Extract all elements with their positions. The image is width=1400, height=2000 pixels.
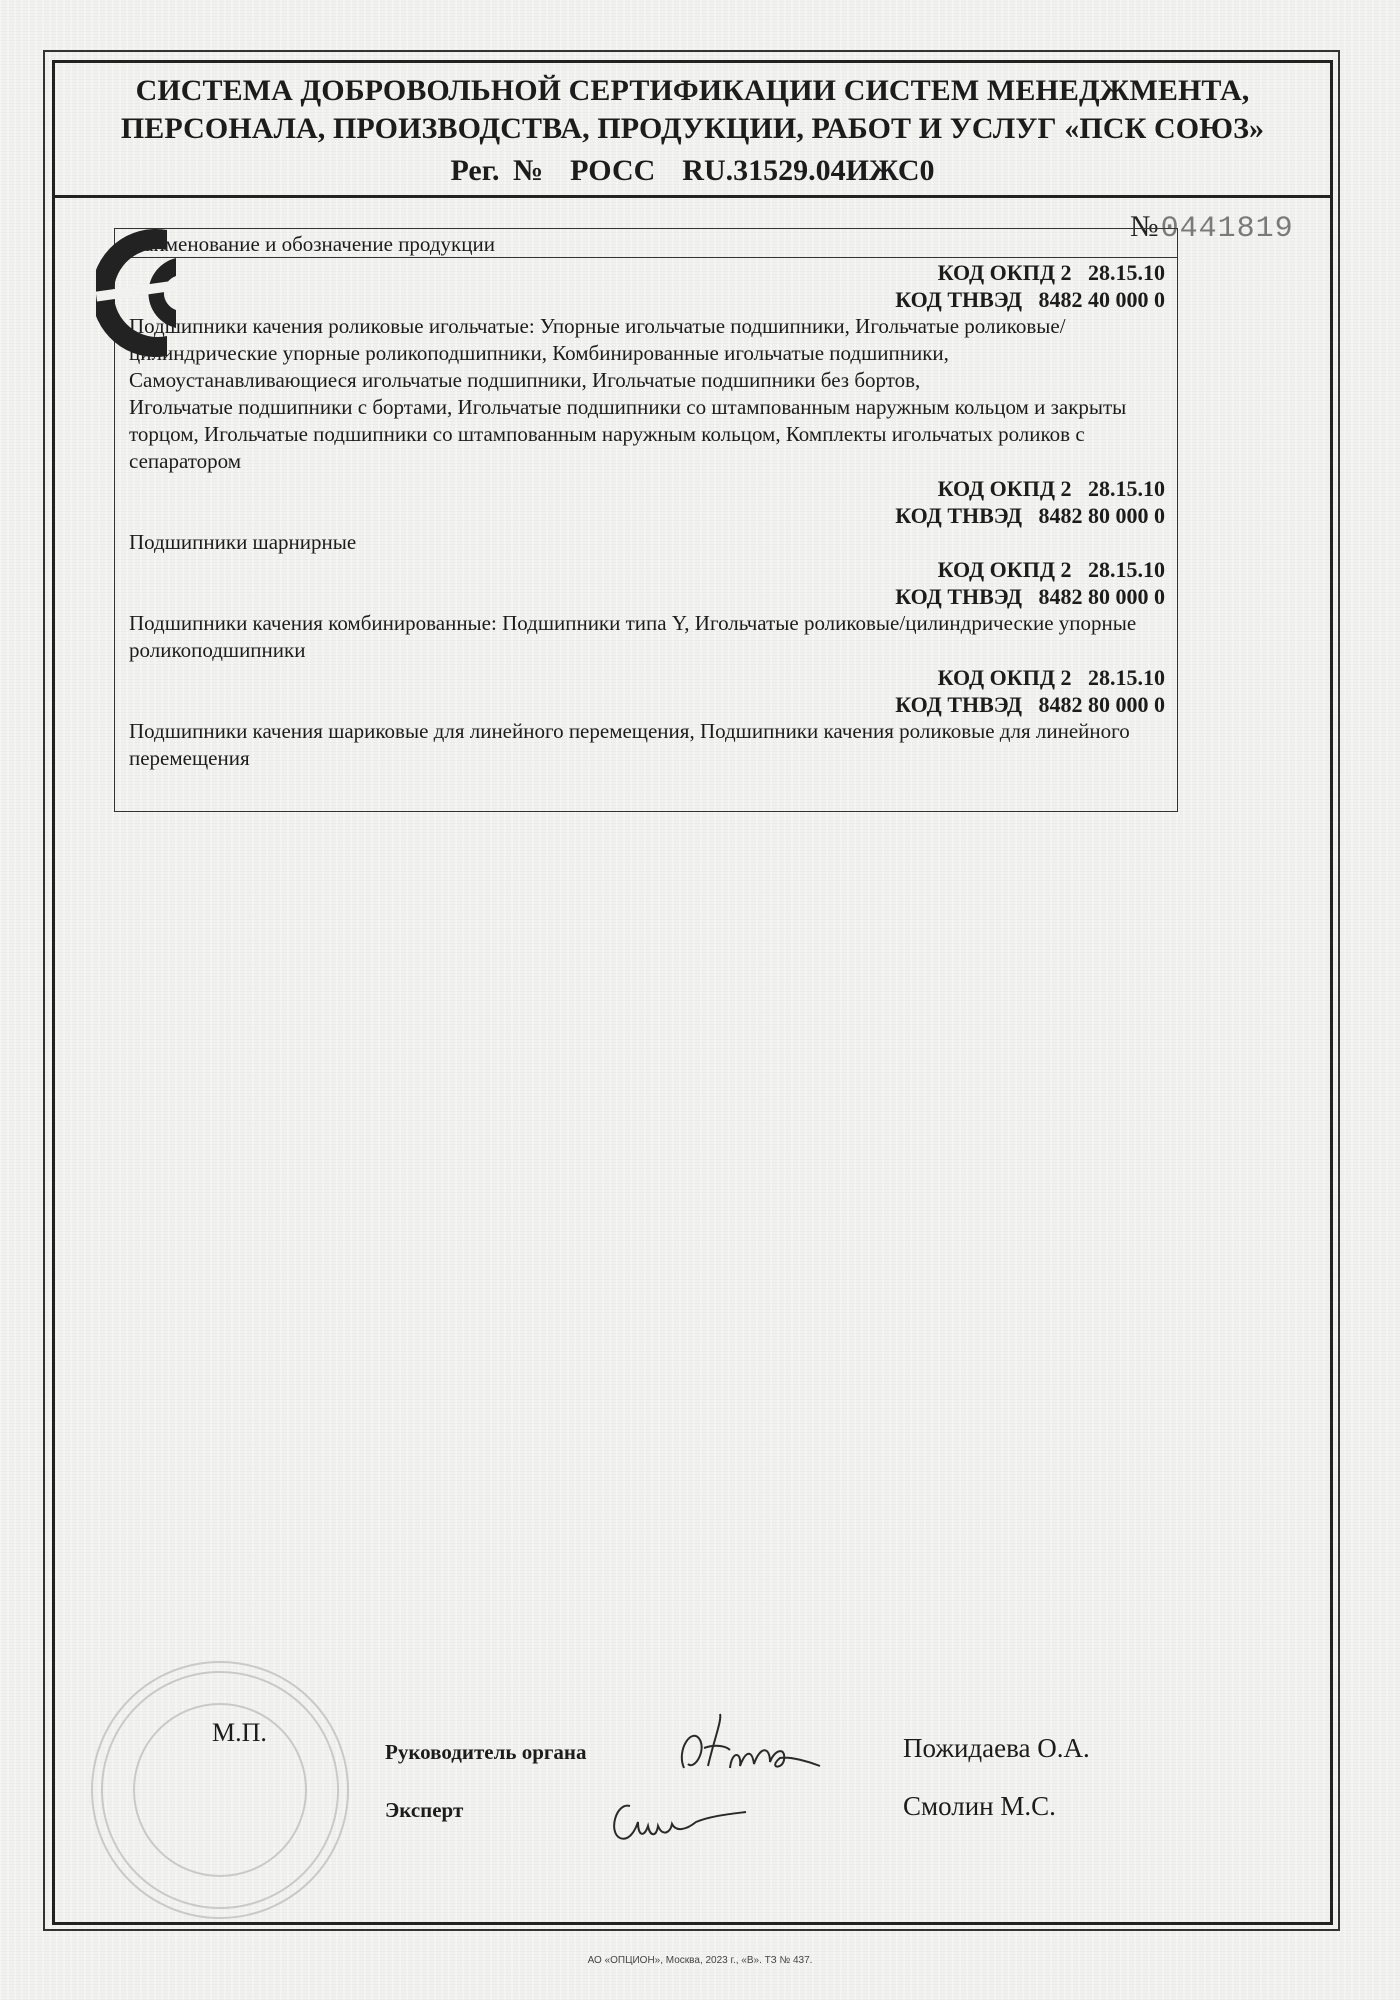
tnved-code: КОД ТНВЭД 8482 80 000 0	[129, 502, 1165, 529]
product-entries: КОД ОКПД 2 28.15.10КОД ТНВЭД 8482 40 000…	[129, 259, 1165, 772]
product-description: Подшипники качения роликовые игольчатые:…	[129, 313, 1165, 475]
registration-number: Рег. № РОСС RU.31529.04ИЖС0	[55, 152, 1330, 190]
product-description: Подшипники качения комбинированные: Подш…	[129, 610, 1165, 664]
printer-imprint: АО «ОПЦИОН», Москва, 2023 г., «В». ТЗ № …	[0, 1955, 1400, 1966]
okpd-code: КОД ОКПД 2 28.15.10	[129, 664, 1165, 691]
seal-stamp-icon	[85, 1655, 355, 1925]
tnved-code: КОД ТНВЭД 8482 80 000 0	[129, 691, 1165, 718]
okpd-code: КОД ОКПД 2 28.15.10	[129, 475, 1165, 502]
product-box-label: Наименование и обозначение продукции	[129, 231, 495, 257]
product-box: Наименование и обозначение продукции КОД…	[114, 228, 1178, 812]
okpd-code: КОД ОКПД 2 28.15.10	[129, 556, 1165, 583]
expert-signature-icon	[600, 1792, 750, 1852]
certificate-header: СИСТЕМА ДОБРОВОЛЬНОЙ СЕРТИФИКАЦИИ СИСТЕМ…	[55, 72, 1330, 190]
okpd-code: КОД ОКПД 2 28.15.10	[129, 259, 1165, 286]
expert-label: Эксперт	[385, 1798, 463, 1823]
expert-name: Смолин М.С.	[903, 1791, 1056, 1822]
certificate-number-value: 0441819	[1161, 212, 1294, 246]
seal-placeholder-label: М.П.	[212, 1718, 267, 1748]
label-divider	[115, 257, 1177, 258]
head-signature-icon	[670, 1710, 830, 1780]
tnved-code: КОД ТНВЭД 8482 80 000 0	[129, 583, 1165, 610]
header-title-line-2: ПЕРСОНАЛА, ПРОИЗВОДСТВА, ПРОДУКЦИИ, РАБО…	[55, 110, 1330, 148]
head-of-body-label: Руководитель органа	[385, 1740, 587, 1765]
head-of-body-name: Пожидаева О.А.	[903, 1733, 1090, 1764]
product-description: Подшипники шарнирные	[129, 529, 1165, 556]
tnved-code: КОД ТНВЭД 8482 40 000 0	[129, 286, 1165, 313]
header-title-line-1: СИСТЕМА ДОБРОВОЛЬНОЙ СЕРТИФИКАЦИИ СИСТЕМ…	[55, 72, 1330, 110]
header-divider	[52, 195, 1333, 198]
product-description: Подшипники качения шариковые для линейно…	[129, 718, 1165, 772]
